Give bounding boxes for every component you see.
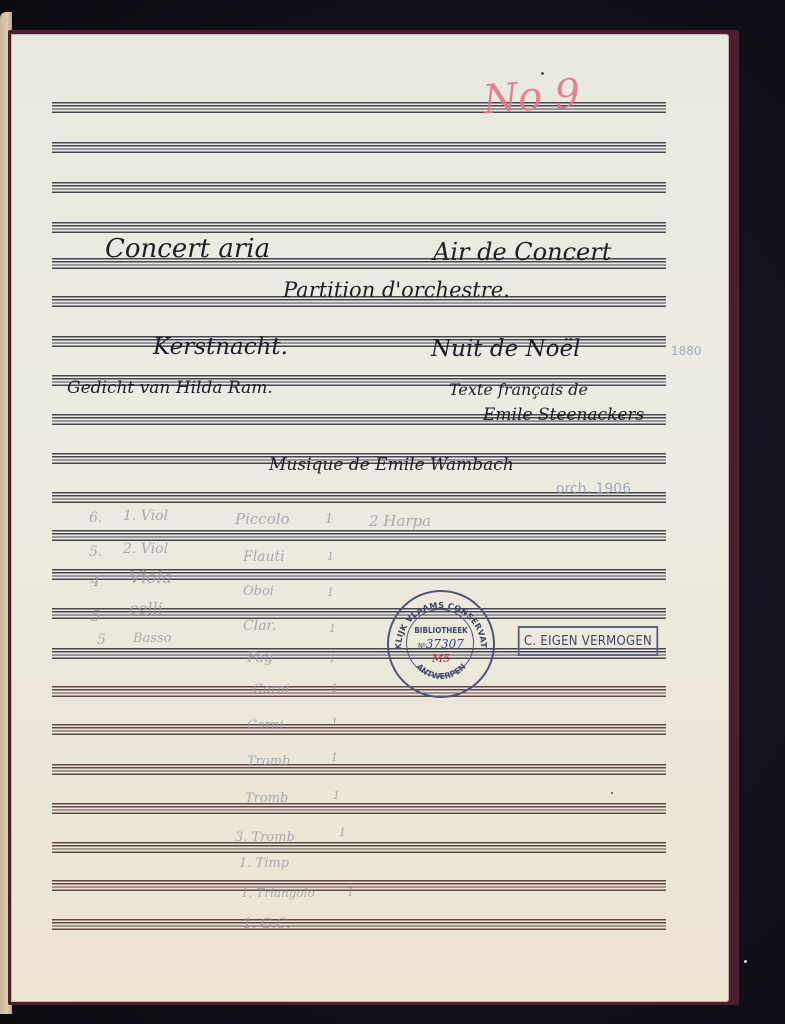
instrument-name: Corni [253,682,290,697]
instrument-name: Flauti [243,549,285,565]
instrument-name: 3. Tromb [235,830,295,845]
french-text-credit-line1: Texte français de [449,380,588,399]
instrument-count: 1 [331,751,338,764]
instrument-count: 1 [329,652,336,665]
paper-speck [611,792,613,794]
staff-16 [52,686,666,699]
stamp-shelf-code: M5 [389,652,493,665]
paper-speck [541,72,544,75]
instrument-name: 1. Triangolo [241,886,315,900]
string-name: 1. Viol [123,508,168,524]
title-dutch: Concert aria [105,234,270,264]
staff-19 [52,803,666,816]
staff-22 [52,919,666,932]
conservatory-library-stamp: KONINKLIJK VLAAMS CONSERVATORIUM ANTWERP… [387,590,495,698]
instrument-count: 1 [329,622,336,635]
composer-credit: Musique de Emile Wambach [269,455,514,475]
staff-2 [52,142,666,155]
string-count: 4 [91,574,100,590]
staff-18 [52,764,666,777]
string-name: Basso [133,631,171,646]
instrument-name: Tromb [247,754,290,769]
stamp-library-label: BIBLIOTHEEK [389,626,493,635]
string-count: 5 [91,607,101,625]
poem-credit: Gedicht van Hilda Ram. [67,378,273,398]
string-count: 5 [97,632,106,648]
stamp-number-prefix: Nº [418,642,426,650]
instrument-count: 1 [347,886,354,899]
work-title-french: Nuit de Noël [431,336,580,362]
catalog-number-mark: No 9 [482,71,582,124]
staff-3 [52,182,666,195]
instrument-name: 1. Timp [239,856,289,871]
ownership-stamp: C. EIGEN VERMOGEN [518,626,658,656]
stamp-catalog-number: 37307 [426,637,464,651]
instrument-count: 1 [333,789,340,802]
instrument-name: Fag [247,650,273,666]
instrument-name: 1. G.C. [243,916,291,932]
staff-20 [52,842,666,855]
instrument-name: Piccolo [235,510,290,528]
title-french: Air de Concert [433,238,611,266]
harp-annotation: 2 Harpa [369,512,431,530]
string-count: 6. [89,510,102,526]
string-name: 2. Viol [123,541,168,557]
french-text-credit-line2: Emile Steenackers [483,405,644,425]
instrument-count: 1 [325,512,333,527]
score-title-page: No 9 Concert aria Air de Concert Partiti… [11,34,729,1002]
instrument-count: 1 [331,716,338,729]
instrument-count: 1 [327,586,334,599]
instrument-count: 1 [327,550,334,563]
stamp-number-row: Nº37307 [389,637,493,651]
instrument-count: 1 [331,682,338,695]
orchestration-date-annotation: orch. 1906 [556,481,631,497]
string-count: 5. [89,544,102,560]
instrument-name: Tromb [245,791,288,806]
instrument-name: Corni [247,718,284,733]
dust-speck [744,960,747,963]
subtitle-orchestral-score: Partition d'orchestre. [283,278,510,302]
work-title-dutch: Kerstnacht. [153,334,288,360]
staff-17 [52,724,666,737]
string-name: celli [129,599,163,618]
instrument-name: Oboi [243,584,274,599]
instrument-name: Clar. [243,618,276,634]
string-name: Viola [129,568,172,588]
instrument-count: 1 [339,826,346,839]
staff-21 [52,880,666,893]
year-annotation: 1880 [671,344,702,358]
